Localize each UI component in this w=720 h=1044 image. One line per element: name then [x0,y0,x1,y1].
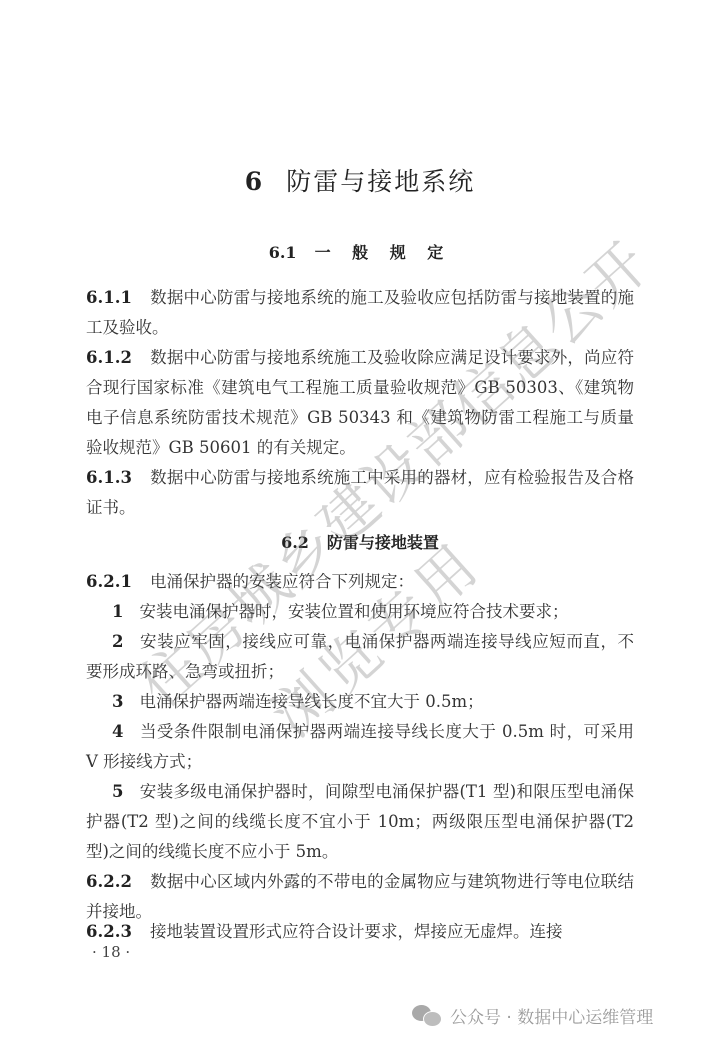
clause-6-1-1: 6.1.1数据中心防雷与接地系统的施工及验收应包括防雷与接地装置的施工及验收。 [86,283,634,343]
section-title-6-2: 6.2防雷与接地装置 [0,530,720,553]
section-name: 防雷与接地装置 [327,533,439,552]
clause-text: 数据中心防雷与接地系统施工及验收除应满足设计要求外，尚应符合现行国家标准《建筑电… [86,348,634,457]
item-text: 当受条件限制电涌保护器两端连接导线长度大于 0.5m 时，可采用 V 形接线方式… [86,722,634,771]
clause-text: 数据中心防雷与接地系统施工中采用的器材，应有检验报告及合格证书。 [86,468,634,517]
clause-number: 6.1.2 [86,348,132,367]
source-footer: 公众号 · 数据中心运维管理 [412,1003,653,1028]
item-number: 3 [112,692,123,711]
clause-number: 6.2.3 [86,922,132,941]
clause-number: 6.1.1 [86,288,132,307]
item-text: 安装多级电涌保护器时，间隙型电涌保护器(T1 型)和限压型电涌保护器(T2 型)… [86,782,634,861]
list-item-3: 3电涌保护器两端连接导线长度不宜大于 0.5m； [86,687,634,717]
item-text: 安装应牢固，接线应可靠，电涌保护器两端连接导线应短而直，不要形成环路、急弯或扭折… [86,632,634,681]
clause-number: 6.2.2 [86,872,132,891]
list-item-2: 2安装应牢固，接线应可靠，电涌保护器两端连接导线应短而直，不要形成环路、急弯或扭… [86,627,634,687]
section-number: 6.2 [281,533,309,552]
clause-text: 电涌保护器的安装应符合下列规定： [150,572,414,591]
clause-text: 数据中心防雷与接地系统的施工及验收应包括防雷与接地装置的施工及验收。 [86,288,634,337]
chapter-name: 防雷与接地系统 [286,167,475,196]
list-item-1: 1安装电涌保护器时，安装位置和使用环境应符合技术要求； [86,597,634,627]
clause-text: 数据中心区域内外露的不带电的金属物应与建筑物进行等电位联结并接地。 [86,872,634,921]
list-item-5: 5安装多级电涌保护器时，间隙型电涌保护器(T1 型)和限压型电涌保护器(T2 型… [86,777,634,867]
clause-6-2-1: 6.2.1电涌保护器的安装应符合下列规定： [86,567,634,597]
section-title-6-1: 6.1一 般 规 定 [0,240,720,263]
item-number: 1 [112,602,123,621]
wechat-icon [412,1005,442,1027]
chapter-number: 6 [245,167,264,196]
item-text: 电涌保护器两端连接导线长度不宜大于 0.5m； [139,692,483,711]
clause-6-1-2: 6.1.2数据中心防雷与接地系统施工及验收除应满足设计要求外，尚应符合现行国家标… [86,343,634,463]
item-number: 5 [112,782,123,801]
list-item-4: 4当受条件限制电涌保护器两端连接导线长度大于 0.5m 时，可采用 V 形接线方… [86,717,634,777]
clause-number: 6.2.1 [86,572,132,591]
source-label: 公众号 · 数据中心运维管理 [450,1003,653,1028]
clause-6-2-3: 6.2.3接地装置设置形式应符合设计要求，焊接应无虚焊。连接 [86,917,634,947]
clause-number: 6.1.3 [86,468,132,487]
item-text: 安装电涌保护器时，安装位置和使用环境应符合技术要求； [139,602,568,621]
item-number: 4 [112,722,123,741]
chapter-title: 6防雷与接地系统 [0,162,720,198]
item-number: 2 [112,632,123,651]
document-page: 6防雷与接地系统 6.1一 般 规 定 6.1.1数据中心防雷与接地系统的施工及… [0,0,720,1044]
clause-text: 接地装置设置形式应符合设计要求，焊接应无虚焊。连接 [150,922,563,941]
section-number: 6.1 [269,243,297,262]
section-name: 一 般 规 定 [315,243,452,262]
clause-6-1-3: 6.1.3数据中心防雷与接地系统施工中采用的器材，应有检验报告及合格证书。 [86,463,634,523]
page-number: · 18 · [92,943,130,961]
